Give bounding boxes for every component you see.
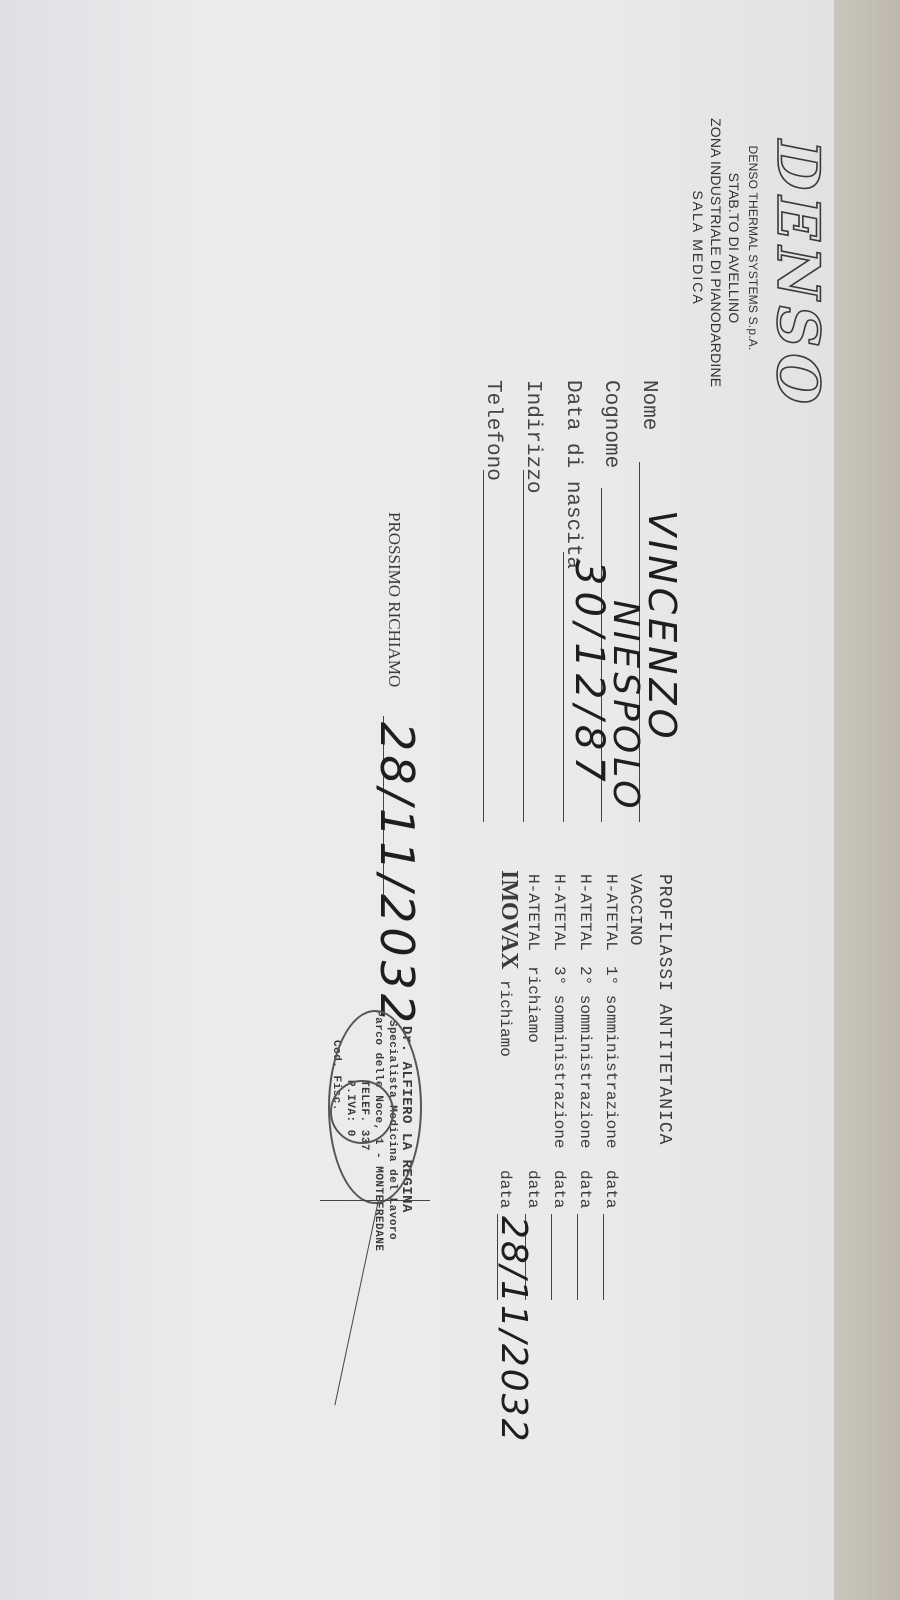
table-surface	[834, 0, 900, 1600]
plant-name: STAB.TO DI AVELLINO	[726, 138, 742, 358]
date-value[interactable]: 28/11/2032	[493, 1216, 534, 1444]
zone-name: ZONA INDUSTRIALE DI PIANODARDINE	[708, 118, 724, 378]
date-label: data	[576, 1170, 594, 1208]
date-line	[551, 1214, 552, 1300]
vaccine-name: H-ATETAL	[602, 874, 620, 951]
field-value-data-nascita[interactable]: 30/12/87	[566, 560, 612, 788]
vaccine-dose: richiamo	[524, 966, 542, 1043]
recall-label: PROSSIMO RICHIAMO	[384, 512, 404, 687]
prophylaxis-title: PROFILASSI ANTITETANICA	[654, 874, 674, 1145]
field-label-telefono: Telefono	[481, 380, 504, 481]
date-label: data	[602, 1170, 620, 1208]
vaccine-name: H-ATETAL	[524, 874, 542, 951]
field-label-cognome: Cognome	[599, 380, 622, 468]
date-line	[577, 1214, 578, 1300]
room-name: SALA MEDICA	[690, 138, 706, 358]
field-label-nome: Nome	[637, 380, 660, 430]
vaccine-dose: 3° somministrazione	[550, 966, 568, 1148]
signature-tail	[334, 1200, 379, 1406]
field-value-nome[interactable]: VINCENZO	[640, 510, 684, 743]
date-label: data	[524, 1170, 542, 1208]
denso-logo: DENSO	[764, 140, 832, 410]
vaccine-name: H-ATETAL	[550, 874, 568, 951]
vaccine-dose: 2° somministrazione	[576, 966, 594, 1148]
vaccine-name: IMOVAX	[495, 870, 522, 970]
field-label-data-nascita: Data di nascita	[561, 380, 584, 569]
date-label: data	[496, 1170, 514, 1208]
company-name: DENSO THERMAL SYSTEMS S.p.A.	[746, 138, 760, 358]
recall-value[interactable]: 28/11/2032	[370, 722, 424, 1027]
date-label: data	[550, 1170, 568, 1208]
field-line-indirizzo	[523, 470, 524, 822]
rotated-document: DENSO DENSO THERMAL SYSTEMS S.p.A. STAB.…	[0, 0, 834, 1600]
signature-stroke	[320, 1200, 430, 1201]
date-line	[603, 1214, 604, 1300]
field-line-telefono	[483, 470, 484, 822]
vaccine-dose: richiamo	[496, 980, 514, 1057]
field-line-data-nascita	[563, 552, 564, 822]
signature-loop-inner	[330, 1080, 394, 1144]
vaccine-dose: 1° somministrazione	[602, 966, 620, 1148]
vaccine-name: H-ATETAL	[576, 874, 594, 951]
field-label-indirizzo: Indirizzo	[521, 380, 544, 493]
vaccine-label: VACCINO	[625, 874, 644, 945]
